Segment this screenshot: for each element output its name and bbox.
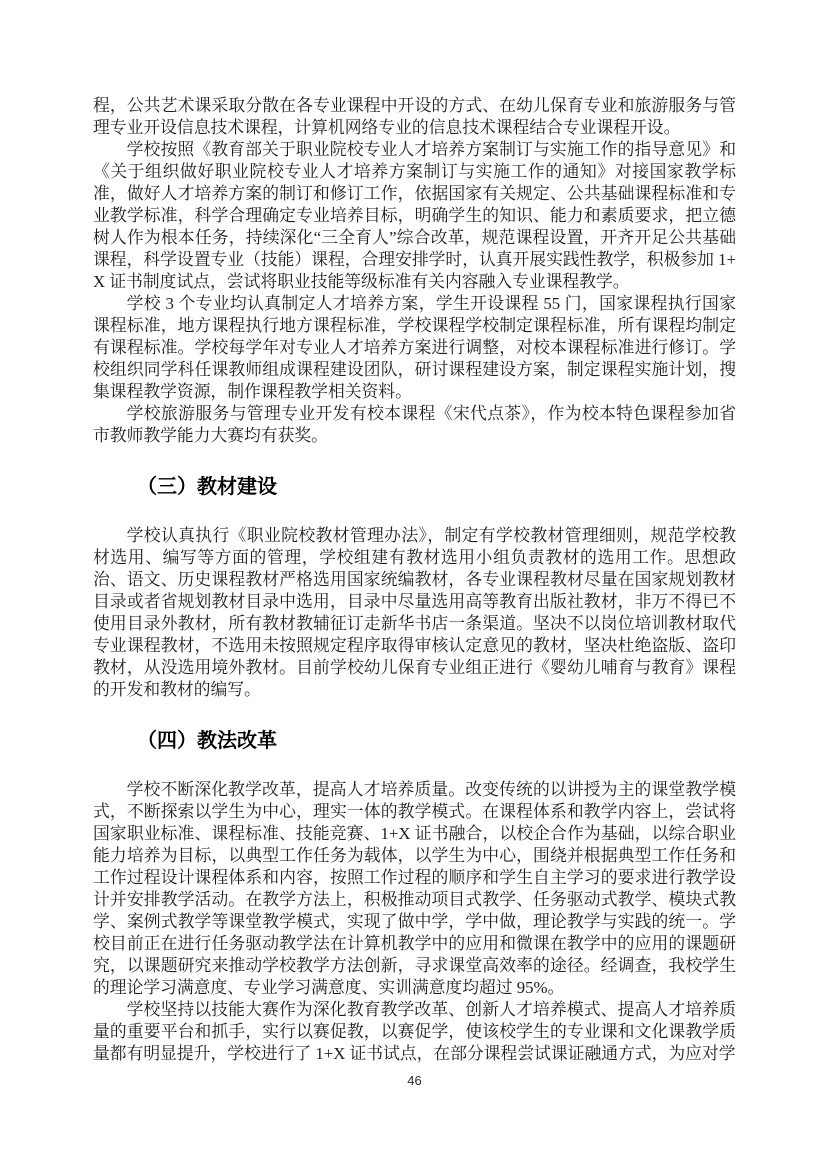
section-heading-textbook-construction: （三）教材建设 <box>93 473 736 501</box>
body-paragraph: 学校坚持以技能大赛作为深化教育教学改革、创新人才培养模式、提高人才培养质量的重要… <box>93 999 736 1065</box>
body-paragraph: 学校按照《教育部关于职业院校专业人才培养方案制订与实施工作的指导意见》和《关于组… <box>93 139 736 293</box>
document-page: 程，公共艺术课采取分散在各专业课程中开设的方式、在幼儿保育专业和旅游服务与管理专… <box>0 0 827 1169</box>
section-heading-teaching-method-reform: （四）教法改革 <box>93 727 736 755</box>
body-paragraph: 学校 3 个专业均认真制定人才培养方案，学生开设课程 55 门，国家课程执行国家… <box>93 293 736 403</box>
body-paragraph: 学校不断深化教学改革，提高人才培养质量。改变传统的以讲授为主的课堂教学模式，不断… <box>93 779 736 999</box>
body-paragraph: 学校旅游服务与管理专业开发有校本课程《宋代点茶》，作为校本特色课程参加省市教师教… <box>93 403 736 447</box>
body-paragraph: 程，公共艺术课采取分散在各专业课程中开设的方式、在幼儿保育专业和旅游服务与管理专… <box>93 95 736 139</box>
page-number: 46 <box>93 1073 736 1088</box>
body-paragraph: 学校认真执行《职业院校教材管理办法》，制定有学校教材管理细则，规范学校教材选用、… <box>93 525 736 701</box>
